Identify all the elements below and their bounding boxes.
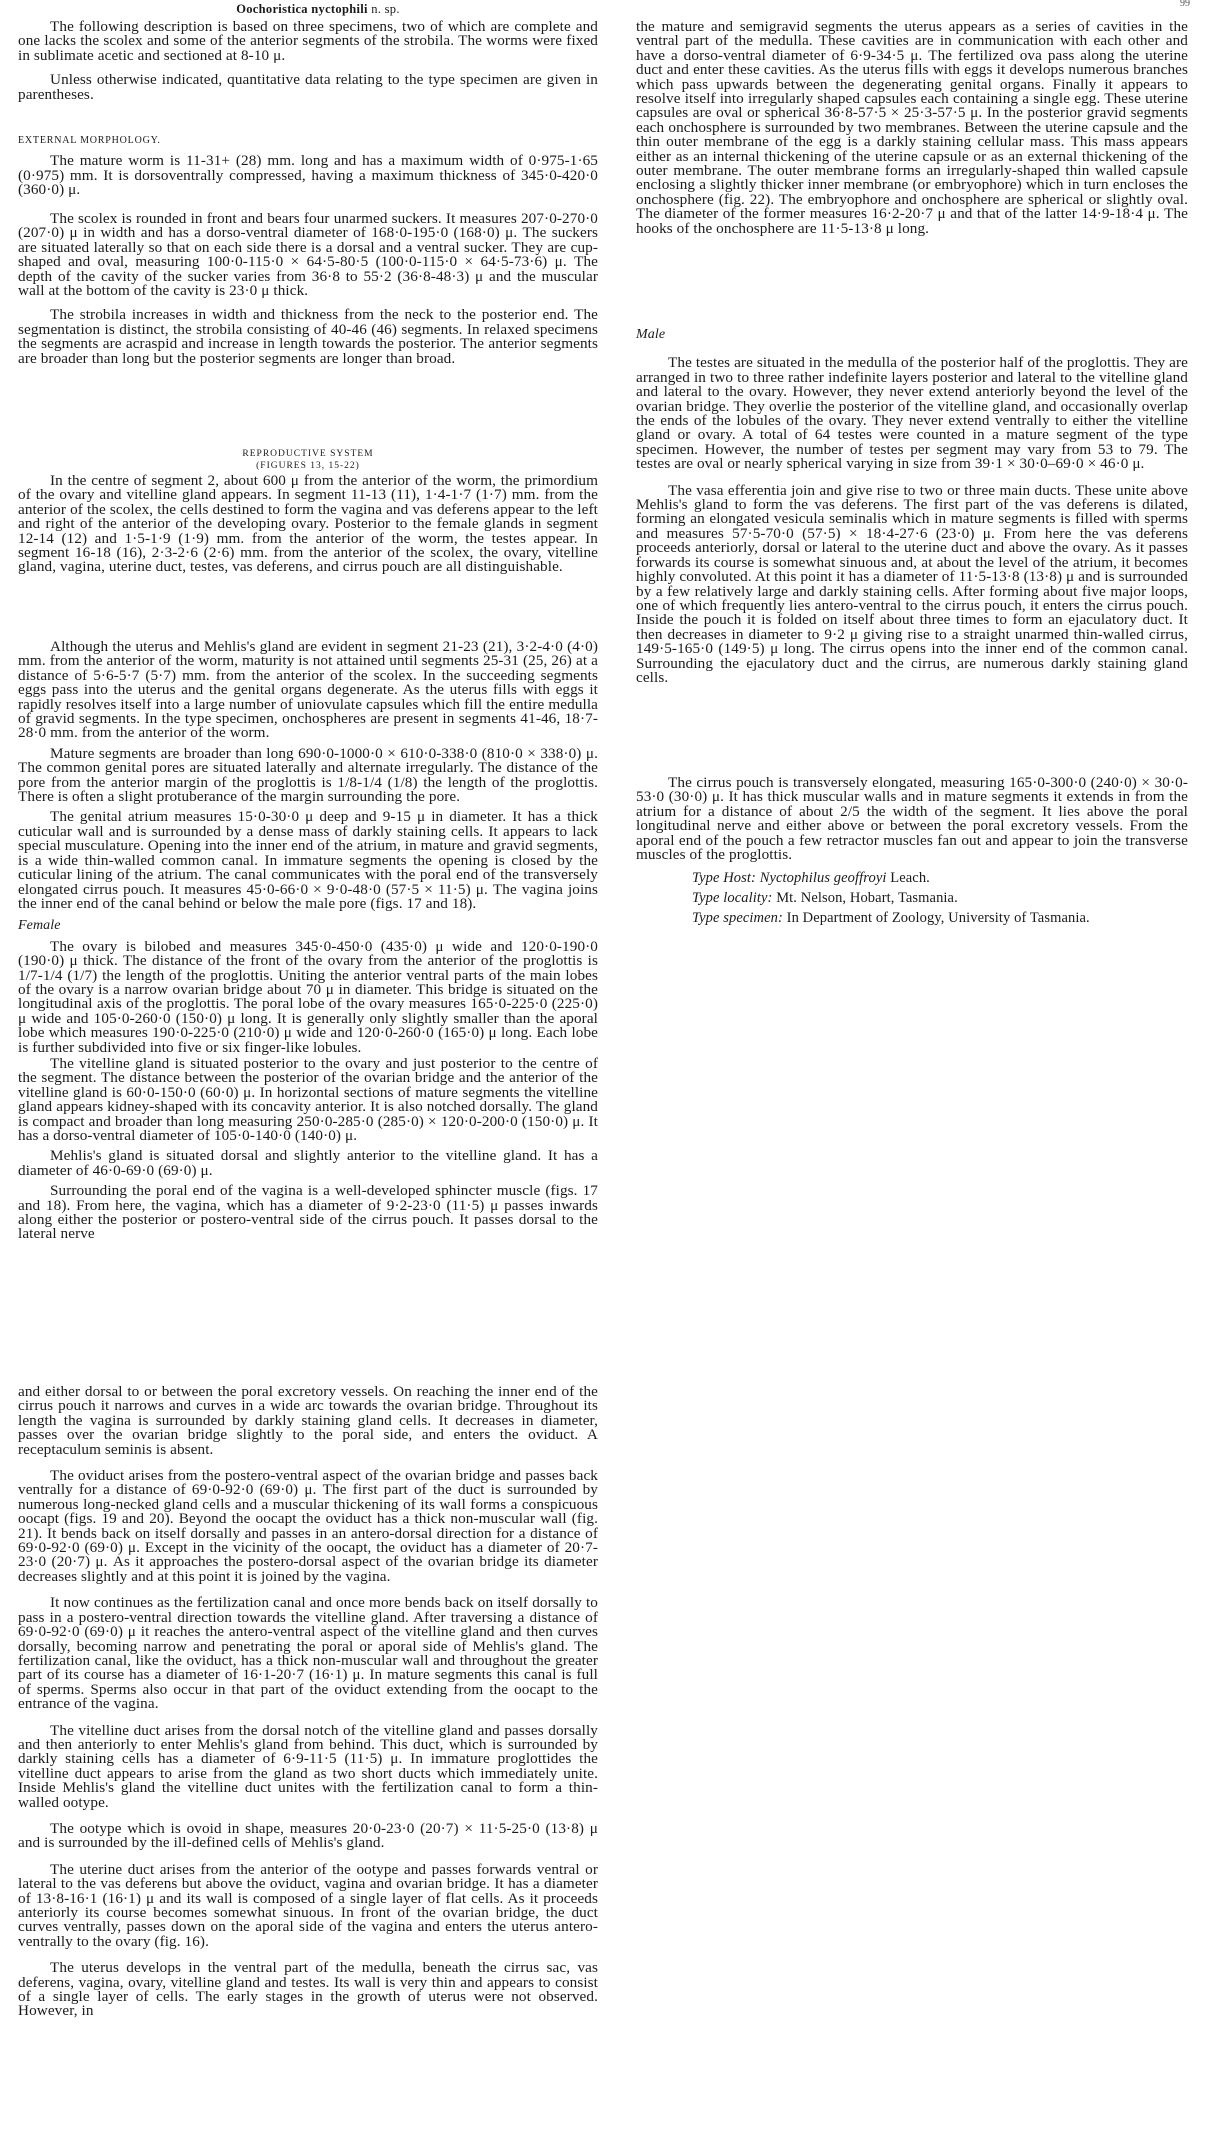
paragraph: The uterus develops in the ventral part … [18,1961,598,2019]
section-subheading: (Figures 13, 15-22) [18,460,598,472]
species-name: Oochoristica nyctophili [236,2,368,16]
section-heading: Reproductive system [18,448,598,460]
external-morphology-section: External morphology. The mature worm is … [18,134,598,198]
paragraph: It now continues as the fertilization ca… [18,1596,598,1711]
type-locality: Type locality: Mt. Nelson, Hobart, Tasma… [636,888,1188,908]
paragraph: The vasa efferentia join and give rise t… [636,484,1188,686]
paragraph: Surrounding the poral end of the vagina … [18,1184,598,1242]
scolex-section: The scolex is rounded in front and bears… [18,212,598,366]
cirrus-pouch-section: The cirrus pouch is transversely elongat… [636,776,1188,928]
paragraph: The following description is based on th… [18,20,598,63]
page-number: 99 [1180,0,1190,8]
paragraph: The vitelline duct arises from the dorsa… [18,1724,598,1810]
paragraph: The cirrus pouch is transversely elongat… [636,776,1188,862]
paragraph: The oviduct arises from the postero-vent… [18,1469,598,1584]
paragraph: The vitelline gland is situated posterio… [18,1057,598,1143]
species-title: Oochoristica nyctophili n. sp. [18,2,618,17]
paragraph: the mature and semigravid segments the u… [636,20,1188,236]
paragraph: Mature segments are broader than long 69… [18,747,598,805]
maturity-section: Although the uterus and Mehlis's gland a… [18,640,598,1242]
type-host: Type Host: Nyctophilus geoffroyi Leach. [636,868,1188,888]
subsection-heading: Male [636,328,1188,342]
paragraph: The ootype which is ovoid in shape, meas… [18,1822,598,1851]
continued-section: and either dorsal to or between the pora… [18,1385,598,2019]
paragraph: Mehlis's gland is situated dorsal and sl… [18,1149,598,1178]
paragraph: The uterine duct arises from the anterio… [18,1863,598,1949]
paragraph: The genital atrium measures 15·0-30·0 μ … [18,810,598,911]
type-specimen: Type specimen: In Department of Zoology,… [636,908,1188,928]
male-section: Male The testes are situated in the medu… [636,328,1188,685]
paragraph: The scolex is rounded in front and bears… [18,212,598,298]
type-info: Type Host: Nyctophilus geoffroyi Leach. … [636,868,1188,928]
uterus-continued-section: the mature and semigravid segments the u… [636,20,1188,236]
paragraph: The mature worm is 11-31+ (28) mm. long … [18,154,598,197]
species-suffix: n. sp. [371,2,400,16]
section-heading: External morphology. [18,134,598,148]
paragraph: and either dorsal to or between the pora… [18,1385,598,1457]
paragraph: Unless otherwise indicated, quantitative… [18,73,598,102]
paragraph: The testes are situated in the medulla o… [636,356,1188,471]
paragraph: Although the uterus and Mehlis's gland a… [18,640,598,741]
reproductive-system-section: Reproductive system (Figures 13, 15-22) … [18,448,598,575]
paragraph: The strobila increases in width and thic… [18,308,598,366]
intro-section: The following description is based on th… [18,20,598,102]
paragraph: In the centre of segment 2, about 600 μ … [18,474,598,575]
paragraph: The ovary is bilobed and measures 345·0-… [18,940,598,1055]
subsection-heading: Female [18,919,598,933]
